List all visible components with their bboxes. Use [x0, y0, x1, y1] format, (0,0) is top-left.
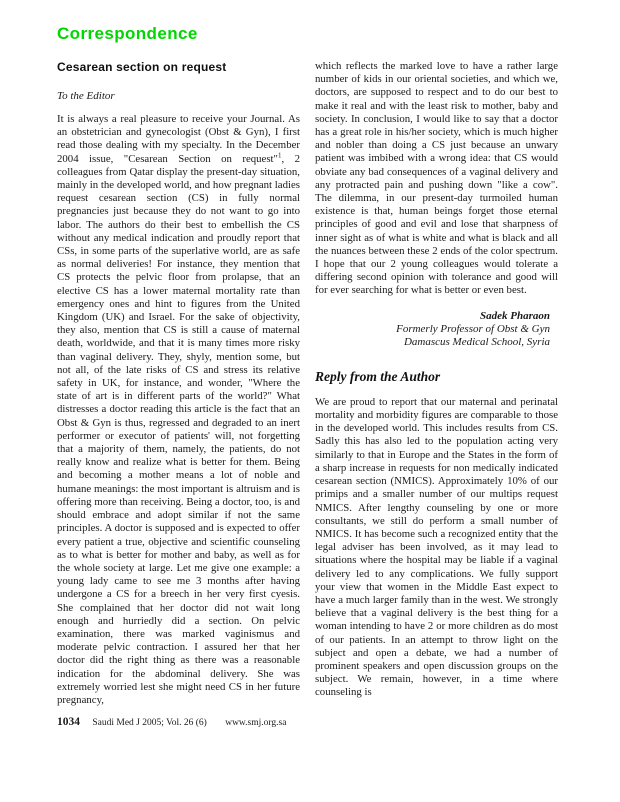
- two-column-layout: Cesarean section on request To the Edito…: [57, 60, 558, 707]
- journal-citation: Saudi Med J 2005; Vol. 26 (6): [92, 718, 206, 728]
- right-column: which reflects the marked love to have a…: [315, 60, 558, 707]
- signature-name: Sadek Pharaon: [315, 310, 550, 323]
- letter-text-before-ref: It is always a real pleasure to receive …: [57, 113, 300, 165]
- letter-body-column1: It is always a real pleasure to receive …: [57, 113, 300, 707]
- signature-title: Formerly Professor of Obst & Gyn: [315, 323, 550, 336]
- reply-body: We are proud to report that our maternal…: [315, 396, 558, 700]
- section-title: Correspondence: [57, 24, 198, 44]
- journal-page: Correspondence Cesarean section on reque…: [0, 0, 620, 802]
- page-footer: 1034 Saudi Med J 2005; Vol. 26 (6) www.s…: [57, 716, 286, 728]
- reply-heading: Reply from the Author: [315, 369, 558, 385]
- signature-affiliation: Damascus Medical School, Syria: [315, 336, 550, 349]
- letter-body-column2: which reflects the marked love to have a…: [315, 60, 558, 298]
- journal-website: www.smj.org.sa: [225, 718, 286, 728]
- signature-block: Sadek Pharaon Formerly Professor of Obst…: [315, 310, 558, 350]
- salutation: To the Editor: [57, 90, 300, 102]
- article-title: Cesarean section on request: [57, 60, 300, 74]
- left-column: Cesarean section on request To the Edito…: [57, 60, 300, 707]
- letter-text-after-ref: , 2 colleagues from Qatar display the pr…: [57, 153, 300, 706]
- page-number: 1034: [57, 716, 80, 728]
